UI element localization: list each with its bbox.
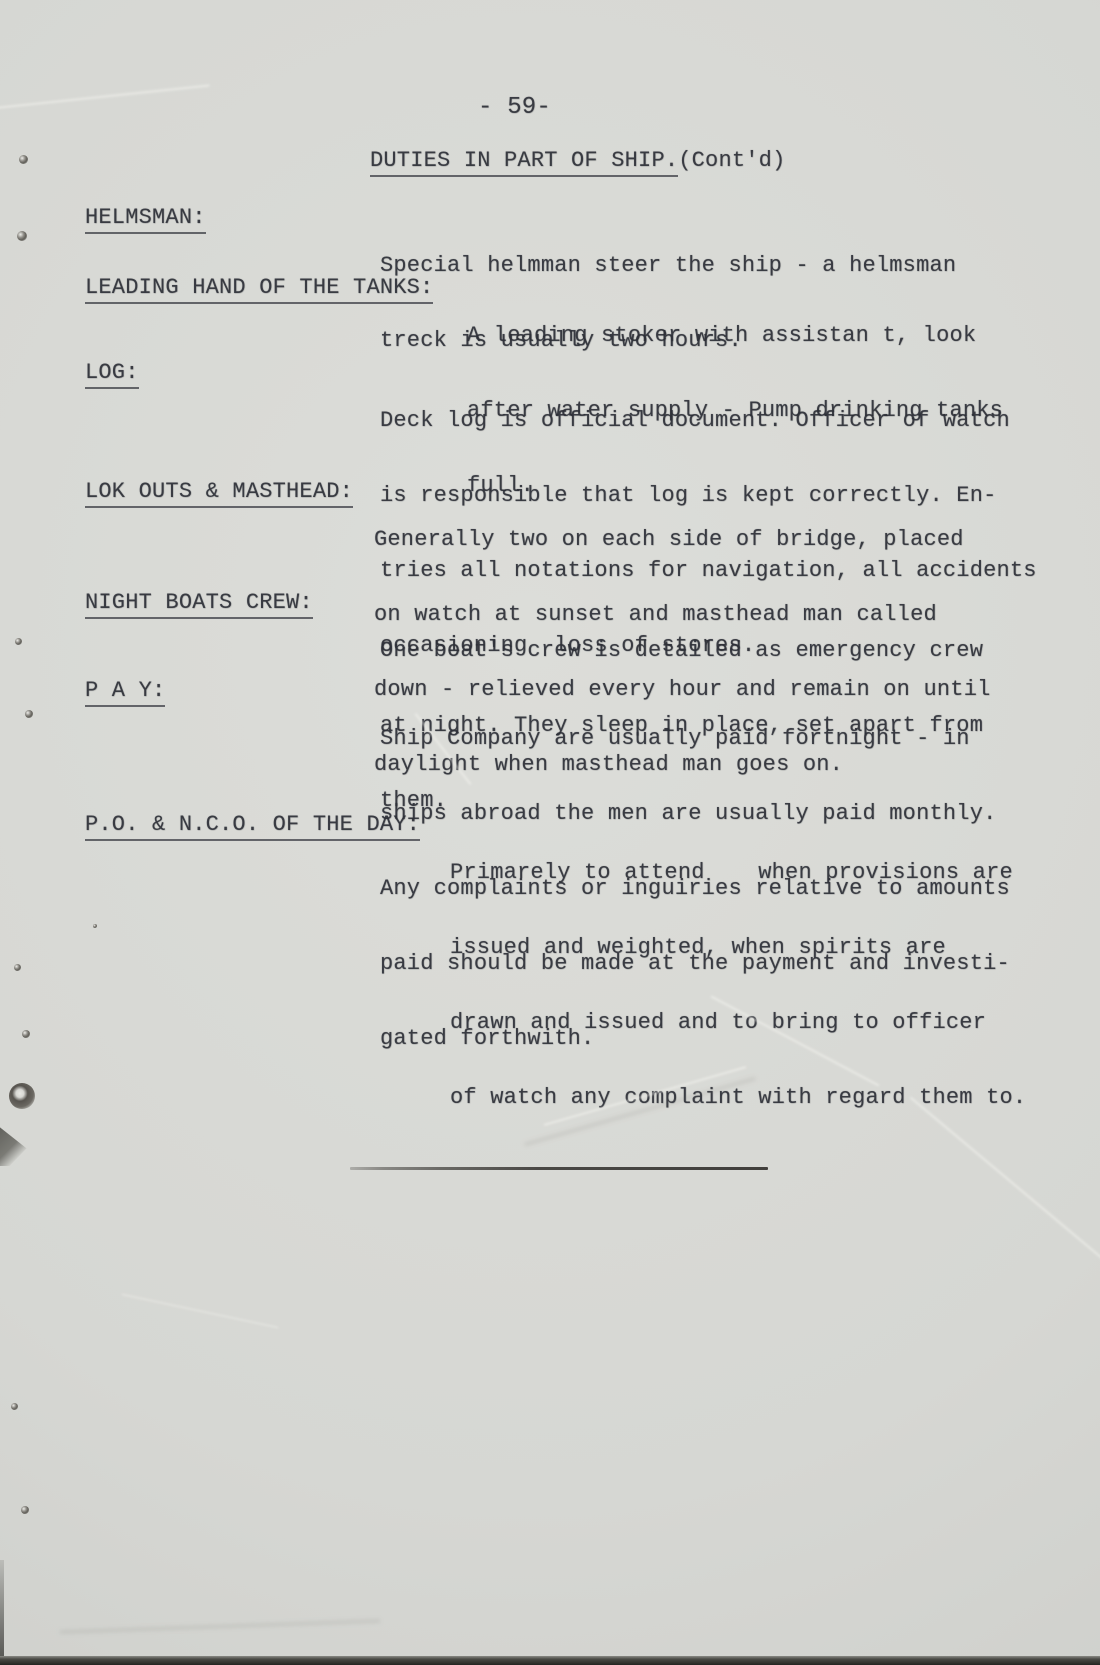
description-line: A leading stoker with assistan t, look (467, 323, 1003, 348)
scanned-document-page: - 59- DUTIES IN PART OF SHIP.(Cont'd) HE… (0, 0, 1100, 1665)
paper-crease-shadow (60, 1619, 380, 1633)
scan-artifact-punch-hole-large (9, 1083, 35, 1109)
page-title-suffix: (Cont'd) (678, 148, 785, 173)
description-line: of watch any complaint with regard them … (450, 1085, 1026, 1110)
scan-artifact-paper-tear (0, 1124, 34, 1166)
description-line: Generally two on each side of bridge, pl… (374, 527, 991, 552)
page-title-main: DUTIES IN PART OF SHIP. (370, 148, 678, 177)
scan-edge-left (0, 1560, 4, 1660)
paper-crease (0, 85, 210, 110)
scan-artifact-speck (22, 1030, 30, 1038)
entry-label: P.O. & N.C.O. OF THE DAY: (85, 812, 420, 841)
entry-label: LOG: (85, 360, 139, 389)
scan-artifact-punch-hole (19, 155, 28, 164)
typed-divider-rule (350, 1167, 768, 1170)
entry-label: P A Y: (85, 678, 165, 707)
description-line: issued and weighted, when spirits are (450, 935, 1026, 960)
entry-label: HELMSMAN: (85, 205, 206, 234)
entry-label: LEADING HAND OF THE TANKS: (85, 275, 433, 304)
description-line: One boat's crew is detailed as emergency… (380, 638, 983, 663)
scan-artifact-speck (25, 710, 33, 718)
scan-artifact-speck (14, 964, 21, 971)
scan-artifact-speck (21, 1506, 29, 1514)
paper-crease (122, 1293, 279, 1328)
description-line: Primarely to attend when provisions are (450, 860, 1026, 885)
description-line: drawn and issued and to bring to officer (450, 1010, 1026, 1035)
page-number: - 59- (478, 95, 551, 120)
scan-artifact-speck (93, 924, 97, 928)
description-line: Deck log is official document. Officer o… (380, 408, 1037, 433)
scan-artifact-punch-hole (17, 231, 27, 241)
entry-label: LOK OUTS & MASTHEAD: (85, 479, 353, 508)
entry-description: Primarely to attend when provisions are … (450, 810, 1026, 1160)
scan-artifact-speck (15, 638, 22, 645)
description-line: Ship Company are usually paid fortnight … (380, 726, 1010, 751)
page-title: DUTIES IN PART OF SHIP.(Cont'd) (370, 148, 785, 173)
scan-artifact-speck (11, 1403, 18, 1410)
entry-label: NIGHT BOATS CREW: (85, 590, 313, 619)
scan-edge-bottom (0, 1656, 1100, 1665)
